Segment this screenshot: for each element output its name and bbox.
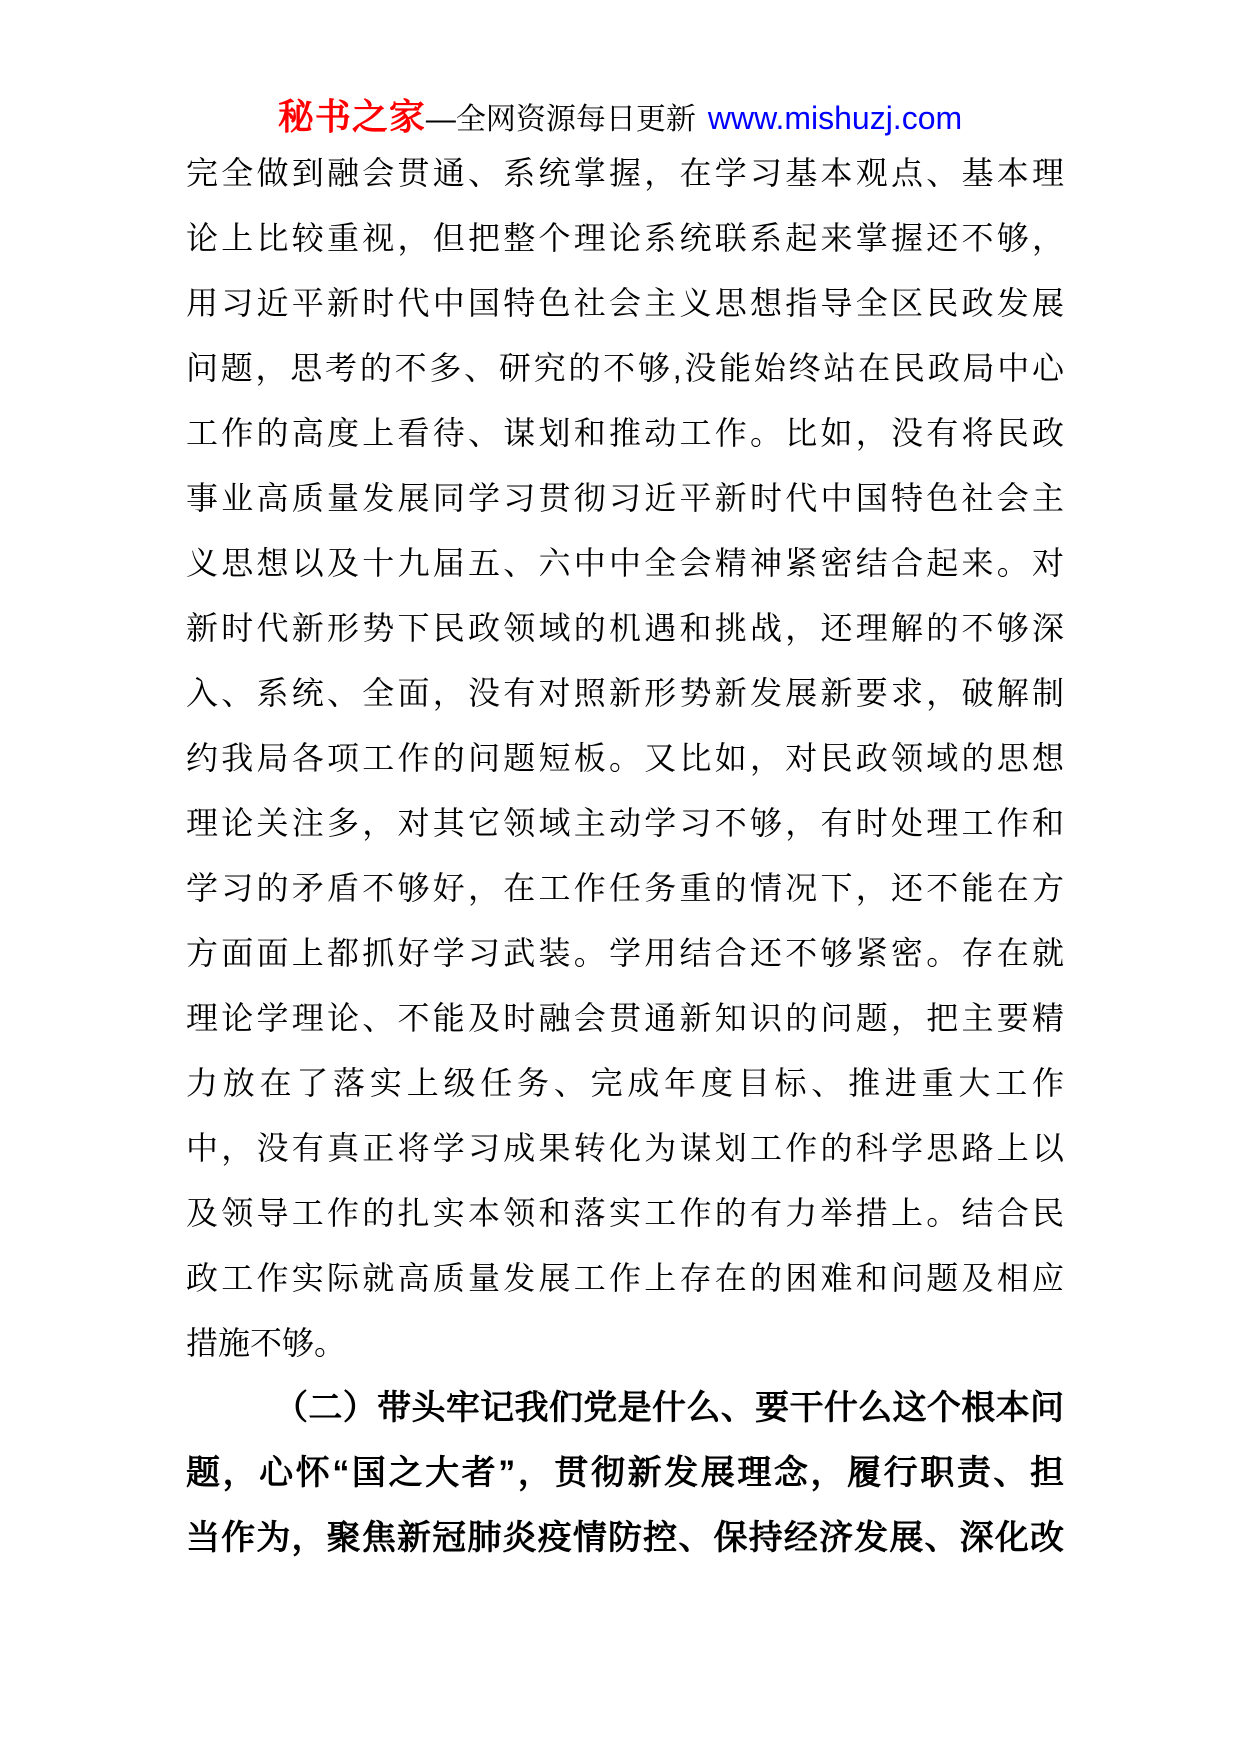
body-line: 政工作实际就高质量发展工作上存在的困难和问题及相应 bbox=[186, 1246, 1064, 1311]
heading-line: 当作为，聚焦新冠肺炎疫情防控、保持经济发展、深化改 bbox=[186, 1506, 1064, 1571]
body-line: 中，没有真正将学习成果转化为谋划工作的科学思路上以 bbox=[186, 1116, 1064, 1181]
body-line: 及领导工作的扎实本领和落实工作的有力举措上。结合民 bbox=[186, 1181, 1064, 1246]
document-page: 秘书之家—全网资源每日更新www.mishuzj.com 完全做到融会贯通、系统… bbox=[0, 0, 1240, 1754]
body-line: 论上比较重视，但把整个理论系统联系起来掌握还不够， bbox=[186, 206, 1064, 271]
heading-line: 题，心怀“国之大者”，贯彻新发展理念，履行职责、担 bbox=[186, 1441, 1064, 1506]
document-body: 完全做到融会贯通、系统掌握，在学习基本观点、基本理 论上比较重视，但把整个理论系… bbox=[186, 141, 1064, 1571]
header-dash: — bbox=[426, 103, 456, 136]
body-line: 学习的矛盾不够好，在工作任务重的情况下，还不能在方 bbox=[186, 856, 1064, 921]
body-line: 理论关注多，对其它领域主动学习不够，有时处理工作和 bbox=[186, 791, 1064, 856]
body-line: 工作的高度上看待、谋划和推动工作。比如，没有将民政 bbox=[186, 401, 1064, 466]
body-line: 入、系统、全面，没有对照新形势新发展新要求，破解制 bbox=[186, 661, 1064, 726]
body-line: 用习近平新时代中国特色社会主义思想指导全区民政发展 bbox=[186, 271, 1064, 336]
header-tagline: 全网资源每日更新 bbox=[456, 103, 696, 136]
body-line: 理论学理论、不能及时融会贯通新知识的问题，把主要精 bbox=[186, 986, 1064, 1051]
body-line: 力放在了落实上级任务、完成年度目标、推进重大工作 bbox=[186, 1051, 1064, 1116]
body-line: 措施不够。 bbox=[186, 1311, 1064, 1376]
body-line: 完全做到融会贯通、系统掌握，在学习基本观点、基本理 bbox=[186, 141, 1064, 206]
body-line: 事业高质量发展同学习贯彻习近平新时代中国特色社会主 bbox=[186, 466, 1064, 531]
heading-line: （二）带头牢记我们党是什么、要干什么这个根本问 bbox=[186, 1376, 1064, 1441]
site-url-link[interactable]: www.mishuzj.com bbox=[708, 100, 962, 136]
page-header: 秘书之家—全网资源每日更新www.mishuzj.com bbox=[0, 96, 1240, 146]
body-line: 约我局各项工作的问题短板。又比如，对民政领域的思想 bbox=[186, 726, 1064, 791]
body-line: 问题，思考的不多、研究的不够,没能始终站在民政局中心 bbox=[186, 336, 1064, 401]
body-line: 方面面上都抓好学习武装。学用结合还不够紧密。存在就 bbox=[186, 921, 1064, 986]
body-line: 新时代新形势下民政领域的机遇和挑战，还理解的不够深 bbox=[186, 596, 1064, 661]
body-line: 义思想以及十九届五、六中中全会精神紧密结合起来。对 bbox=[186, 531, 1064, 596]
site-name: 秘书之家 bbox=[278, 96, 426, 137]
